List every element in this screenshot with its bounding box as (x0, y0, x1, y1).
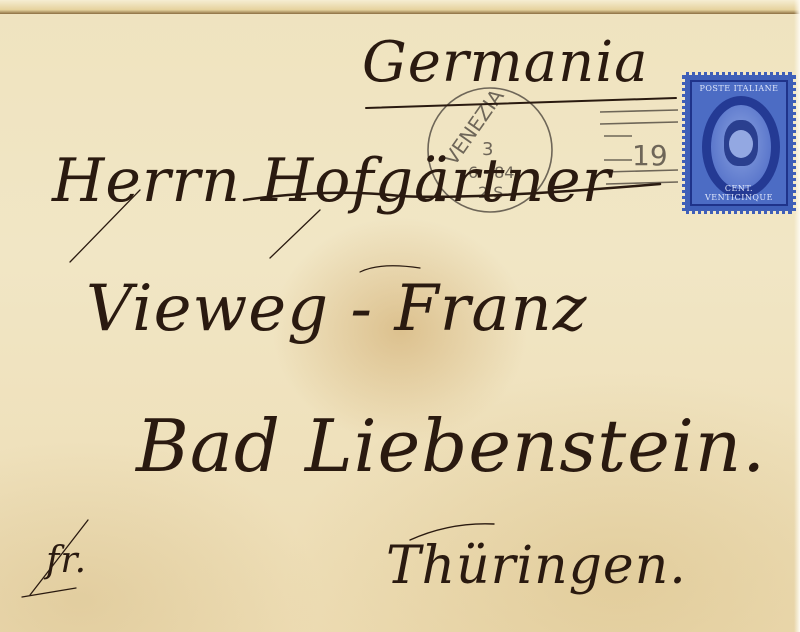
address-region: Thüringen. (386, 536, 687, 596)
address-name: Vieweg - Franz (86, 272, 587, 346)
address-country: Germania (362, 30, 649, 95)
salutation-flourish-2 (270, 210, 320, 258)
address-town: Bad Liebenstein. (136, 404, 766, 488)
envelope-photo: VENEZIA 3 6 - 84 2 S 19 Germania Herrn H… (0, 0, 800, 632)
address-corner-mark: fr. (46, 540, 87, 581)
corner-underline (22, 588, 76, 597)
postage-stamp: POSTE ITALIANE CENT. VENTICINQUE (682, 72, 796, 214)
country-underline (366, 98, 676, 108)
address-salutation: Herrn Hofgärtner (52, 146, 611, 216)
portrait-face (729, 130, 753, 158)
stamp-top-text: POSTE ITALIANE (692, 84, 786, 93)
bar-cancel: 19 (600, 110, 678, 184)
stamp-frame: POSTE ITALIANE CENT. VENTICINQUE (690, 80, 788, 206)
stamp-bottom-text: CENT. VENTICINQUE (692, 184, 786, 202)
cancel-number: 19 (632, 139, 668, 172)
